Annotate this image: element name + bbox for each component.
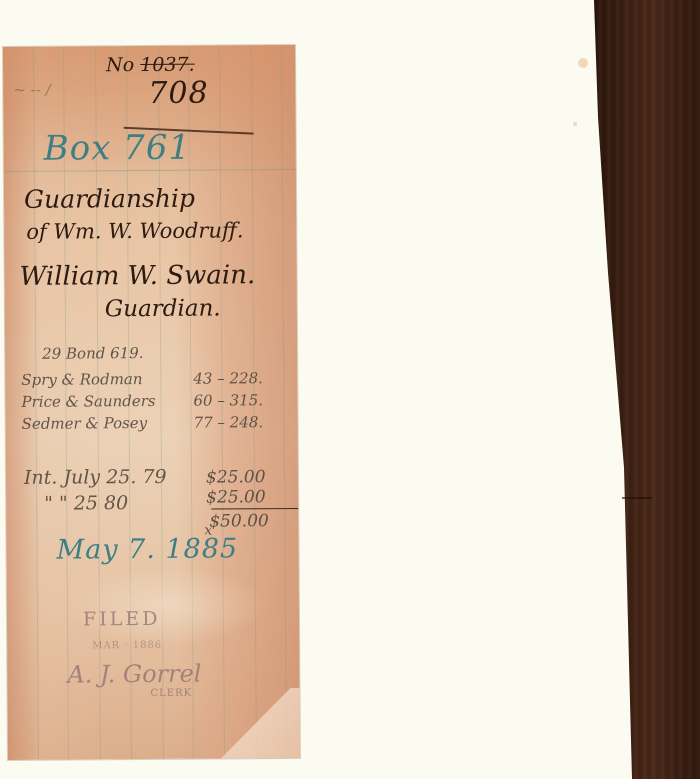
- surety-row: Price & Saunders 60 – 315.: [21, 392, 155, 411]
- case-title-line1: Guardianship: [24, 184, 195, 214]
- wood-mark: [622, 497, 652, 499]
- surety-row: Spry & Rodman 43 – 228.: [21, 370, 142, 389]
- account-label: " " 25 80: [44, 492, 128, 515]
- surety-names: Price & Saunders: [21, 392, 155, 411]
- filed-stamp-date: MAR · 1886: [92, 640, 162, 651]
- stain-spot: [573, 122, 577, 126]
- surety-ref: 77 – 248.: [194, 413, 264, 431]
- account-row: " " 25 80: [44, 492, 128, 515]
- docket-document: No 1037. 708 ~ -- / Box 761 Guardianship…: [3, 45, 300, 760]
- account-amount: $25.00: [206, 467, 266, 487]
- surety-ref: 43 – 228.: [193, 369, 263, 387]
- account-total: $50.00: [209, 511, 269, 531]
- folded-corner: [189, 688, 299, 760]
- box-label: Box 761: [44, 128, 192, 169]
- account-row: Int. July 25. 79: [24, 466, 167, 489]
- stain-spot: [578, 58, 588, 68]
- account-label: Int. July 25. 79: [24, 466, 167, 489]
- pencil-scribble: ~ -- /: [13, 81, 50, 99]
- clerk-title: CLERK: [150, 688, 192, 699]
- bond-record: 29 Bond 619.: [42, 344, 143, 363]
- case-title-line2: of Wm. W. Woodruff.: [26, 218, 243, 244]
- surety-names: Sedmer & Posey: [22, 414, 148, 433]
- filed-stamp: FILED: [83, 608, 161, 631]
- guardian-name: William W. Swain.: [20, 260, 256, 292]
- surety-ref: 60 – 315.: [193, 391, 263, 409]
- number-struck: 1037.: [140, 54, 195, 76]
- ruling-line: [281, 45, 287, 758]
- water-stain: [67, 565, 268, 646]
- docket-number: No 1037.: [106, 54, 195, 77]
- date-note: May 7. 1885: [56, 533, 238, 565]
- clerk-signature: A. J. Gorrel: [67, 660, 201, 689]
- account-amount: $25.00: [206, 487, 266, 507]
- surety-row: Sedmer & Posey 77 – 248.: [22, 414, 148, 433]
- surety-names: Spry & Rodman: [21, 370, 142, 389]
- number-prefix: No: [106, 54, 134, 76]
- guardian-role: Guardian.: [105, 295, 221, 322]
- number-current: 708: [148, 76, 209, 111]
